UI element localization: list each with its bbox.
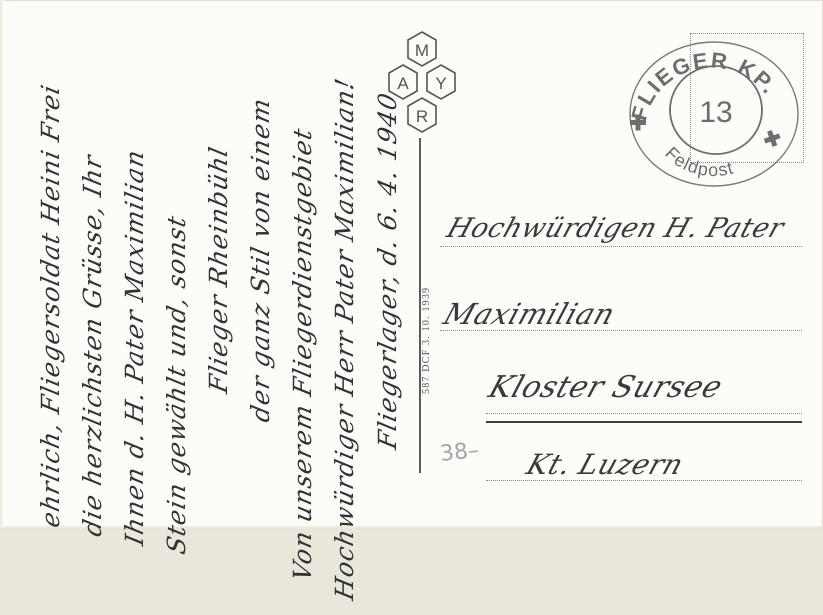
address-underline [486,421,802,423]
message-line: Von unserem Fliegerdienstgebiet [288,125,317,530]
postcard-back: M A Y R 587 DCF 3. 10. 1939 FLIEGER KP. … [0,0,823,530]
postmark-bottom-text: Feldpost [661,143,736,180]
logo-letter: M [415,41,429,60]
logo-letter: A [397,74,409,93]
svg-text:Feldpost: Feldpost [661,143,736,180]
swiss-cross-icon [764,130,781,147]
card-edge [0,0,4,530]
postmark: FLIEGER KP. Feldpost 13 [624,40,800,188]
message-line: Stein gewählt und, sonst [162,212,191,530]
address-name: Maximilian [439,297,619,331]
message-line: Flieger Rheinbühl [204,144,233,396]
address-line [486,413,802,414]
handwritten-message: Fliegerlager, d. 6. 4. 1940 Hochwürdiger… [18,20,418,530]
print-code: 587 DCF 3. 10. 1939 [421,285,432,396]
address-line [440,246,802,247]
message-line: die herzlichsten Grüsse, Ihr [78,152,107,530]
message-line: Fliegerlager, d. 6. 4. 1940 [373,90,402,452]
logo-letter: Y [435,74,446,93]
message-line: Ihnen d. H. Pater Maximilian [120,147,149,530]
address-place: Kloster Sursee [484,370,727,405]
postmark-number: 13 [699,96,732,129]
pencil-note: 38– [439,438,480,467]
message-line: ehrlich, Fliegersoldat Heini Frei [36,82,65,530]
address-canton: Kt. Luzern [523,448,688,481]
message-line: Hochwürdiger Herr Pater Maximilian! [330,75,359,530]
message-line: der ganz Stil von einem [246,95,275,425]
address-recipient: Hochwürdigen H. Pater [443,213,788,244]
